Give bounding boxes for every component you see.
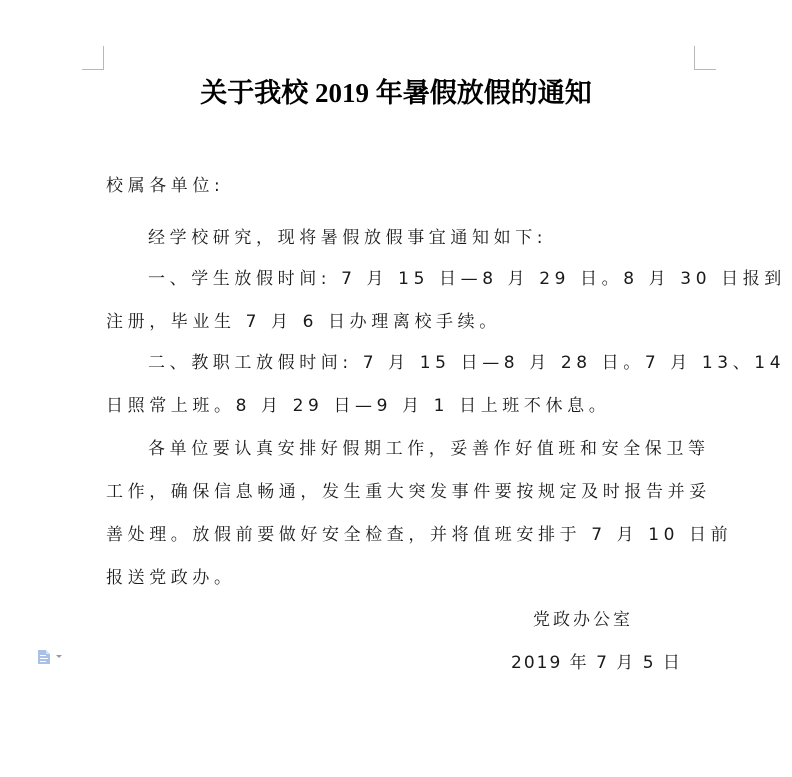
top-left-margin-mark: [82, 46, 104, 70]
paragraph-notice-line-4: 报送党政办。: [106, 567, 236, 589]
paragraph-notice-line-2: 工作，确保信息畅通，发生重大突发事件要按规定及时报告并妥: [106, 481, 711, 503]
signature: 党政办公室: [533, 609, 633, 631]
document-icon: [38, 650, 50, 664]
top-right-margin-mark: [694, 46, 716, 70]
signature-date: 2019 年 7 月 5 日: [511, 652, 682, 674]
salutation: 校属各单位:: [106, 175, 224, 197]
paragraph-staff-line-2: 日照常上班。8 月 29 日—9 月 1 日上班不休息。: [106, 395, 610, 417]
paragraph-students-line-1: 一、学生放假时间: 7 月 15 日—8 月 29 日。8 月 30 日报到: [148, 268, 786, 290]
paragraph-notice-line-1: 各单位要认真安排好假期工作，妥善作好值班和安全保卫等: [148, 438, 710, 460]
document-page: 关于我校 2019 年暑假放假的通知 校属各单位: 经学校研究，现将暑假放假事宜…: [0, 0, 792, 777]
paragraph-students-line-2: 注册，毕业生 7 月 6 日办理离校手续。: [106, 311, 501, 333]
chevron-down-icon[interactable]: [56, 655, 62, 658]
paragraph-intro: 经学校研究，现将暑假放假事宜通知如下:: [148, 227, 547, 249]
paragraph-staff-line-1: 二、教职工放假时间: 7 月 15 日—8 月 28 日。7 月 13、14: [148, 352, 785, 374]
paragraph-notice-line-3: 善处理。放假前要做好安全检查，并将值班安排于 7 月 10 日前: [106, 524, 732, 546]
paste-options-button[interactable]: [38, 650, 64, 666]
document-title: 关于我校 2019 年暑假放假的通知: [0, 76, 792, 110]
